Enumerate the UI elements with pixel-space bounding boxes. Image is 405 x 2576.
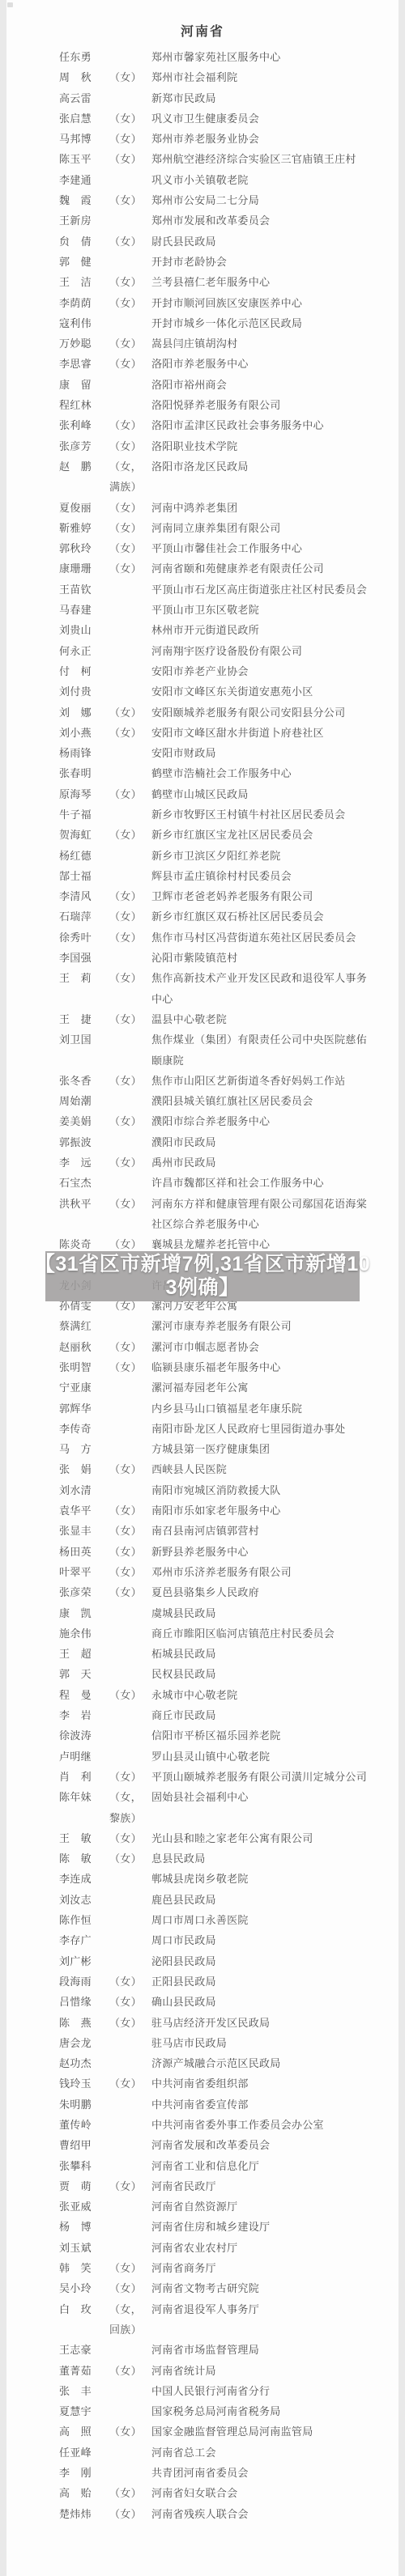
- gender-label: （女，回族）: [109, 2299, 148, 2340]
- organization-name: 河南省总工会: [151, 2442, 369, 2463]
- gender-label: （女）: [109, 1521, 148, 1541]
- person-name: 韩 笑: [59, 2258, 109, 2278]
- gender-label: （女）: [109, 2258, 148, 2278]
- organization-name: 鹤壁市山城区民政局: [151, 784, 369, 804]
- table-row: 周始潮 濮阳县城关镇红旗社区居民委员会: [59, 1091, 369, 1111]
- table-row: 王 洁 （女） 兰考县禧仁老年服务中心: [59, 272, 369, 292]
- person-name: 吕惜缘: [59, 1992, 109, 2012]
- person-name: 朱明鹏: [59, 2094, 109, 2115]
- person-name: 杨雨锋: [59, 743, 109, 763]
- table-row: 赵功杰 济源产城融合示范区民政局: [59, 2053, 369, 2073]
- organization-name: 河南省妇女联合会: [151, 2483, 369, 2503]
- table-row: 卢明继 罗山县灵山镇中心敬老院: [59, 1746, 369, 1767]
- gender-label: （女）: [109, 108, 148, 129]
- person-name: 康 凯: [59, 1603, 109, 1623]
- table-row: 陈年妹 （女，黎族） 固始县社会福利中心: [59, 1787, 369, 1828]
- person-name: 宁亚康: [59, 1377, 109, 1398]
- gender-label: （女）: [109, 1111, 148, 1131]
- table-row: 任亚峰 河南省总工会: [59, 2442, 369, 2463]
- person-name: 张 娟: [59, 1459, 109, 1479]
- table-row: 张 娟 （女） 西峡县人民医院: [59, 1459, 369, 1479]
- person-name: 李传奇: [59, 1419, 109, 1439]
- table-row: 马邦博 （女） 郑州市养老服务业协会: [59, 129, 369, 149]
- person-name: 石宝杰: [59, 1173, 109, 1193]
- organization-name: 河南省自然资源厅: [151, 2196, 369, 2217]
- organization-name: 开封市顺河回族区安康医养中心: [151, 293, 369, 313]
- person-name: 张春明: [59, 763, 109, 783]
- organization-name: 河南省住房和城乡建设厅: [151, 2217, 369, 2237]
- table-row: 宁亚康 漯河福寿园老年公寓: [59, 1377, 369, 1398]
- table-row: 李 刚 共青团河南省委员会: [59, 2463, 369, 2483]
- person-name: 石瑞萍: [59, 906, 109, 927]
- organization-name: 禹州市民政局: [151, 1152, 369, 1173]
- organization-name: 国家金融监督管理总局河南监管局: [151, 2421, 369, 2442]
- gender-label: （女）: [109, 518, 148, 538]
- organization-name: 商丘市睢阳区临河店镇范庄村民委员会: [151, 1623, 369, 1644]
- gender-label: （女）: [109, 1337, 148, 1357]
- organization-name: 中共河南省委宣传部: [151, 2094, 369, 2115]
- organization-name: 沁阳市紫陵镇范村: [151, 948, 369, 968]
- organization-name: 中共河南省委组织部: [151, 2073, 369, 2094]
- table-row: 陈 燕 （女） 驻马店经济开发区民政局: [59, 2013, 369, 2033]
- organization-name: 濮阳县城关镇红旗社区居民委员会: [151, 1091, 369, 1111]
- table-row: 刘小燕 （女） 安阳市文峰区甜水井街道卜府巷社区: [59, 723, 369, 743]
- table-row: 吕惜缘 （女） 确山县民政局: [59, 1992, 369, 2012]
- gender-label: （女）: [109, 231, 148, 252]
- table-row: 魏 霞 （女） 郑州市公安局二七分局: [59, 190, 369, 210]
- organization-name: 郸城县虎岗乡敬老院: [151, 1869, 369, 1889]
- person-name: 高 照: [59, 2421, 109, 2442]
- organization-name: 许昌市魏都区祥和社会工作服务中心: [151, 1173, 369, 1193]
- table-row: 王 敏 （女） 光山县和睦之家老年公寓有限公司: [59, 1828, 369, 1848]
- organization-name: 息县民政局: [151, 1848, 369, 1869]
- table-row: 寇利伟 开封市城乡一体化示范区民政局: [59, 313, 369, 333]
- gender-label: （女）: [109, 149, 148, 169]
- organization-name: 安阳市文峰区东关街道安惠苑小区: [151, 681, 369, 702]
- gender-label: （女）: [109, 1152, 148, 1173]
- table-row: 刘水清 南阳市宛城区消防救援大队: [59, 1480, 369, 1500]
- person-name: 夏慧宇: [59, 2401, 109, 2421]
- organization-name: 西峡县人民医院: [151, 1459, 369, 1479]
- organization-name: 河南省商务厅: [151, 2258, 369, 2278]
- gender-label: （女）: [109, 2421, 148, 2442]
- table-row: 郭 健 开封市老龄协会: [59, 252, 369, 272]
- person-name: 马 方: [59, 1439, 109, 1459]
- organization-name: 兰考县禧仁老年服务中心: [151, 272, 369, 292]
- organization-name: 南召县南河店镇郭营村: [151, 1521, 369, 1541]
- organization-name: 商丘市民政局: [151, 1705, 369, 1725]
- organization-name: 光山县和睦之家老年公寓有限公司: [151, 1828, 369, 1848]
- table-row: 唐会龙 驻马店市民政局: [59, 2033, 369, 2053]
- organization-name: 鹿邑县民政局: [151, 1890, 369, 1910]
- table-row: 程红林 洛阳悦驿养老服务有限公司: [59, 395, 369, 415]
- person-name: 卢明继: [59, 1746, 109, 1767]
- table-row: 康珊珊 （女） 河南省颐和苑健康养老有限责任公司: [59, 558, 369, 579]
- person-name: 董菁茹: [59, 2361, 109, 2381]
- person-name: 钱玲玉: [59, 2073, 109, 2094]
- person-name: 徐波涛: [59, 1725, 109, 1746]
- gender-label: （女，满族）: [109, 456, 148, 498]
- table-row: 任东勇 郑州市馨家苑社区服务中心: [59, 47, 369, 67]
- person-name: 王新房: [59, 210, 109, 231]
- table-row: 刘贵山 林州市开元街道民政所: [59, 620, 369, 640]
- photo-right-margin: [399, 0, 405, 2576]
- organization-name: 安阳市财政局: [151, 743, 369, 763]
- organization-name: 安阳市养老产业协会: [151, 661, 369, 681]
- gender-label: （女）: [109, 190, 148, 210]
- person-name: 贠 倩: [59, 231, 109, 252]
- organization-name: 河南省文物考古研究院: [151, 2278, 369, 2298]
- organization-name: 驻马店市民政局: [151, 2033, 369, 2053]
- table-row: 夏慧宇 国家税务总局河南省税务局: [59, 2401, 369, 2421]
- organization-name: 南阳市宛城区消防救援大队: [151, 1480, 369, 1500]
- organization-name: 开封市城乡一体化示范区民政局: [151, 313, 369, 333]
- organization-name: 夏邑县骆集乡人民政府: [151, 1582, 369, 1602]
- gender-label: （女）: [109, 558, 148, 579]
- person-name: 刘广彬: [59, 1951, 109, 1971]
- person-name: 马春建: [59, 600, 109, 620]
- gender-label: （女）: [109, 968, 148, 988]
- organization-name: 濮阳市民政局: [151, 1132, 369, 1152]
- table-row: 袁华平 （女） 南阳市乐如家老年服务中心: [59, 1500, 369, 1521]
- table-row: 靳雅婷 （女） 河南同立康养集团有限公司: [59, 518, 369, 538]
- table-row: 白 玫 （女，回族） 河南省退役军人事务厅: [59, 2299, 369, 2340]
- person-name: 周 秋: [59, 67, 109, 87]
- gender-label: （女）: [109, 436, 148, 456]
- gender-label: （女）: [109, 67, 148, 87]
- gender-label: （女）: [109, 1009, 148, 1029]
- photo-artifact: [7, 2, 13, 7]
- table-row: 马 方 方城县第一医疗健康集团: [59, 1439, 369, 1459]
- gender-label: （女）: [109, 333, 148, 354]
- table-row: 陈作恒 周口市周口永善医院: [59, 1910, 369, 1930]
- person-name: 肖 利: [59, 1767, 109, 1787]
- person-name: 洪秋平: [59, 1194, 109, 1214]
- organization-name: 共青团河南省委员会: [151, 2463, 369, 2483]
- gender-label: （女）: [109, 1071, 148, 1091]
- table-row: 王 捷 （女） 温县中心敬老院: [59, 1009, 369, 1029]
- organization-name: 临颍县康乐福老年服务中心: [151, 1357, 369, 1377]
- organization-name: 内乡县马山口镇福星老年康乐院: [151, 1398, 369, 1419]
- organization-name: 漯河市康寿养老服务有限公司: [151, 1316, 369, 1336]
- organization-name: 郑州市养老服务业协会: [151, 129, 369, 149]
- organization-name: 洛阳市孟津区民政社会事务服务中心: [151, 415, 369, 435]
- person-name: 原海琴: [59, 784, 109, 804]
- person-name: 贺海虹: [59, 825, 109, 845]
- table-row: 朱明鹏 中共河南省委宣传部: [59, 2094, 369, 2115]
- organization-name: 河南省统计局: [151, 2361, 369, 2381]
- gender-label: （女）: [109, 1767, 148, 1787]
- table-row: 杨雨锋 安阳市财政局: [59, 743, 369, 763]
- person-name: 刘水清: [59, 1480, 109, 1500]
- person-name: 高 贻: [59, 2483, 109, 2503]
- table-row: 郜士福 辉县市孟庄镇徐村村民委员会: [59, 866, 369, 886]
- person-name: 陈 燕: [59, 2013, 109, 2033]
- table-row: 周 秋 （女） 郑州市社会福利院: [59, 67, 369, 87]
- table-row: 吴小玲 （女） 河南省文物考古研究院: [59, 2278, 369, 2298]
- table-row: 张明智 （女） 临颍县康乐福老年服务中心: [59, 1357, 369, 1377]
- organization-name: 郑州航空港经济综合实验区三官庙镇王庄村: [151, 149, 369, 169]
- table-row: 刘付贵 安阳市文峰区东关街道安惠苑小区: [59, 681, 369, 702]
- organization-name: 河南省退役军人事务厅: [151, 2299, 369, 2319]
- table-row: 李国强 沁阳市紫陵镇范村: [59, 948, 369, 968]
- organization-name: 安阳颐城养老服务有限公司安阳县分公司: [151, 702, 369, 723]
- person-name: 刘 娜: [59, 702, 109, 723]
- person-name: 郭辉华: [59, 1398, 109, 1419]
- person-name: 刘玉斌: [59, 2238, 109, 2258]
- person-name: 李清风: [59, 886, 109, 906]
- organization-name: 河南中鸿养老集团: [151, 498, 369, 518]
- gender-label: （女）: [109, 2278, 148, 2298]
- table-row: 董传岭 中共河南省委外事工作委员会办公室: [59, 2115, 369, 2135]
- news-ticker-banner: 【31省区市新增7例,31省区市新增10 3例确】: [45, 1251, 360, 1301]
- table-row: 刘广彬 泌阳县民政局: [59, 1951, 369, 1971]
- table-row: 李连成 郸城县虎岗乡敬老院: [59, 1869, 369, 1889]
- gender-label: （女）: [109, 1848, 148, 1869]
- person-name: 刘贵山: [59, 620, 109, 640]
- table-row: 张彦芳 （女） 洛阳职业技术学院: [59, 436, 369, 456]
- person-name: 程红林: [59, 395, 109, 415]
- organization-name: 洛阳市洛龙区民政局: [151, 456, 369, 477]
- person-name: 杨 博: [59, 2217, 109, 2237]
- table-row: 张冬香 （女） 焦作市山阳区艺新街道冬香好妈妈工作站: [59, 1071, 369, 1091]
- person-name: 杨田英: [59, 1542, 109, 1562]
- table-row: 李传奇 南阳市卧龙区人民政府七里园街道办事处: [59, 1419, 369, 1439]
- table-row: 李清风 （女） 卫辉市老爸老妈养老服务有限公司: [59, 886, 369, 906]
- organization-name: 河南东方祥和健康管理有限公司鄢国花语海棠社区综合养老服务中心: [151, 1194, 369, 1235]
- organization-name: 南阳市乐如家老年服务中心: [151, 1500, 369, 1521]
- person-name: 叶翠平: [59, 1562, 109, 1582]
- gender-label: （女）: [109, 1542, 148, 1562]
- gender-label: （女）: [109, 272, 148, 292]
- person-name: 郭振波: [59, 1132, 109, 1152]
- gender-label: （女）: [109, 927, 148, 948]
- table-row: 杨田英 （女） 新野县养老服务中心: [59, 1542, 369, 1562]
- gender-label: （女）: [109, 2013, 148, 2033]
- person-name: 刘小燕: [59, 723, 109, 743]
- organization-name: 平顶山颐城养老服务有限公司潢川定城分公司: [151, 1767, 369, 1787]
- table-row: 刘 娜 （女） 安阳颐城养老服务有限公司安阳县分公司: [59, 702, 369, 723]
- table-row: 张攀科 河南省工业和信息化厅: [59, 2156, 369, 2176]
- person-name: 付 柯: [59, 661, 109, 681]
- organization-name: 正阳县民政局: [151, 1971, 369, 1992]
- organization-name: 河南省农业农村厅: [151, 2238, 369, 2258]
- organization-name: 尉氏县民政局: [151, 231, 369, 252]
- news-ticker-line1: 【31省区市新增7例,31省区市新增10: [35, 1253, 370, 1276]
- person-name: 陈玉平: [59, 149, 109, 169]
- gender-label: （女）: [109, 498, 148, 518]
- organization-name: 河南省民政厅: [151, 2176, 369, 2196]
- gender-label: （女）: [109, 1194, 148, 1214]
- gender-label: （女）: [109, 129, 148, 149]
- person-name: 牛子福: [59, 804, 109, 825]
- gender-label: （女）: [109, 1992, 148, 2012]
- organization-name: 漯河福寿园老年公寓: [151, 1377, 369, 1398]
- person-name: 贾 萌: [59, 2176, 109, 2196]
- organization-name: 周口市周口永善医院: [151, 1910, 369, 1930]
- table-row: 何永正 河南翔宇医疗设备股份有限公司: [59, 641, 369, 661]
- organization-name: 柘城县民政局: [151, 1644, 369, 1664]
- table-row: 李 远 （女） 禹州市民政局: [59, 1152, 369, 1173]
- person-name: 李 岩: [59, 1705, 109, 1725]
- organization-name: 郑州市馨家苑社区服务中心: [151, 47, 369, 67]
- organization-name: 南阳市卧龙区人民政府七里园街道办事处: [151, 1419, 369, 1439]
- person-name: 姜美娟: [59, 1111, 109, 1131]
- gender-label: （女）: [109, 1562, 148, 1582]
- person-name: 刘卫国: [59, 1029, 109, 1050]
- table-row: 李荫荫 （女） 开封市顺河回族区安康医养中心: [59, 293, 369, 313]
- person-name: 张攀科: [59, 2156, 109, 2176]
- organization-name: 平顶山市馨佳社会工作服务中心: [151, 538, 369, 558]
- table-row: 洪秋平 （女） 河南东方祥和健康管理有限公司鄢国花语海棠社区综合养老服务中心: [59, 1194, 369, 1235]
- table-row: 牛子福 新乡市牧野区王村镇牛村社区居民委员会: [59, 804, 369, 825]
- organization-name: 卫辉市老爸老妈养老服务有限公司: [151, 886, 369, 906]
- person-name: 何永正: [59, 641, 109, 661]
- person-name: 魏 霞: [59, 190, 109, 210]
- organization-name: 河南省颐和苑健康养老有限责任公司: [151, 558, 369, 579]
- organization-name: 新乡市红旗区宝龙社区居民委员会: [151, 825, 369, 845]
- gender-label: （女）: [109, 2504, 148, 2524]
- person-name: 程 曼: [59, 1685, 109, 1705]
- table-row: 郭 天 民权县民政局: [59, 1664, 369, 1684]
- person-name: 陈 敏: [59, 1848, 109, 1869]
- organization-name: 河南省市场监督管理局: [151, 2340, 369, 2360]
- person-name: 陈作恒: [59, 1910, 109, 1930]
- person-name: 王 莉: [59, 968, 109, 988]
- organization-name: 河南省残疾人联合会: [151, 2504, 369, 2524]
- table-row: 夏俊丽 （女） 河南中鸿养老集团: [59, 498, 369, 518]
- organization-name: 济源产城融合示范区民政局: [151, 2053, 369, 2073]
- table-row: 康 凯 虞城县民政局: [59, 1603, 369, 1623]
- table-row: 原海琴 （女） 鹤壁市山城区民政局: [59, 784, 369, 804]
- organization-name: 焦作市山阳区艺新街道冬香好妈妈工作站: [151, 1071, 369, 1091]
- table-row: 郭秋玲 （女） 平顶山市馨佳社会工作服务中心: [59, 538, 369, 558]
- person-name: 康珊珊: [59, 558, 109, 579]
- table-row: 郭辉华 内乡县马山口镇福星老年康乐院: [59, 1398, 369, 1419]
- person-name: 张彦荣: [59, 1582, 109, 1602]
- organization-name: 巩义市小关镇敬老院: [151, 170, 369, 190]
- organization-name: 中共河南省委外事工作委员会办公室: [151, 2115, 369, 2135]
- table-row: 张 丰 中国人民银行河南省分行: [59, 2381, 369, 2401]
- organization-name: 焦作市马村区冯营街道东苑社区居民委员会: [151, 927, 369, 948]
- gender-label: （女）: [109, 784, 148, 804]
- organization-name: 虞城县民政局: [151, 1603, 369, 1623]
- table-row: 万妙聪 （女） 嵩县闫庄镇胡沟村: [59, 333, 369, 354]
- gender-label: （女）: [109, 1828, 148, 1848]
- organization-name: 邓州市乐济养老服务有限公司: [151, 1562, 369, 1582]
- person-name: 刘付贵: [59, 681, 109, 702]
- gender-label: （女）: [109, 1459, 148, 1479]
- gender-label: （女，黎族）: [109, 1787, 148, 1828]
- person-name: 袁华平: [59, 1500, 109, 1521]
- person-name: 王志豪: [59, 2340, 109, 2360]
- table-row: 马春建 平顶山市卫东区敬老院: [59, 600, 369, 620]
- person-name: 李建通: [59, 170, 109, 190]
- person-name: 徐秀叶: [59, 927, 109, 948]
- gender-label: （女）: [109, 1500, 148, 1521]
- person-name: 郭 健: [59, 252, 109, 272]
- photo-left-margin: [0, 0, 6, 2576]
- person-name: 张冬香: [59, 1071, 109, 1091]
- gender-label: （女）: [109, 723, 148, 743]
- person-name: 张显丰: [59, 1521, 109, 1541]
- news-ticker-line2: 3例确】: [166, 1276, 240, 1300]
- table-row: 董菁茹 （女） 河南省统计局: [59, 2361, 369, 2381]
- person-name: 蔡满红: [59, 1316, 109, 1336]
- table-row: 韩 笑 （女） 河南省商务厅: [59, 2258, 369, 2278]
- table-row: 贾 萌 （女） 河南省民政厅: [59, 2176, 369, 2196]
- gender-label: （女）: [109, 538, 148, 558]
- person-name: 张启慧: [59, 108, 109, 129]
- table-row: 高云雷 新郑市民政局: [59, 88, 369, 108]
- gender-label: （女）: [109, 2176, 148, 2196]
- organization-name: 国家税务总局河南省税务局: [151, 2401, 369, 2421]
- person-name: 张彦芳: [59, 436, 109, 456]
- person-name: 郭 天: [59, 1664, 109, 1684]
- table-row: 刘汝志 鹿邑县民政局: [59, 1890, 369, 1910]
- table-row: 楚炜炜 （女） 河南省残疾人联合会: [59, 2504, 369, 2524]
- person-name: 郜士福: [59, 866, 109, 886]
- table-row: 钱玲玉 （女） 中共河南省委组织部: [59, 2073, 369, 2094]
- organization-name: 泌阳县民政局: [151, 1951, 369, 1971]
- person-name: 王苗钦: [59, 579, 109, 600]
- gender-label: （女）: [109, 1971, 148, 1992]
- person-name: 张明智: [59, 1357, 109, 1377]
- person-name: 白 玫: [59, 2299, 109, 2319]
- person-name: 万妙聪: [59, 333, 109, 354]
- organization-name: 罗山县灵山镇中心敬老院: [151, 1746, 369, 1767]
- table-row: 付 柯 安阳市养老产业协会: [59, 661, 369, 681]
- table-row: 徐秀叶 （女） 焦作市马村区冯营街道东苑社区居民委员会: [59, 927, 369, 948]
- person-name: 李 刚: [59, 2463, 109, 2483]
- organization-name: 确山县民政局: [151, 1992, 369, 2012]
- table-row: 贺海虹 （女） 新乡市红旗区宝龙社区居民委员会: [59, 825, 369, 845]
- person-name: 靳雅婷: [59, 518, 109, 538]
- table-row: 张启慧 （女） 巩义市卫生健康委员会: [59, 108, 369, 129]
- table-row: 赵 鹏 （女，满族） 洛阳市洛龙区民政局: [59, 456, 369, 498]
- table-row: 陈 敏 （女） 息县民政局: [59, 1848, 369, 1869]
- table-row: 康 留 洛阳市裕州商会: [59, 375, 369, 395]
- person-name: 郭秋玲: [59, 538, 109, 558]
- organization-name: 民权县民政局: [151, 1664, 369, 1684]
- organization-name: 郑州市公安局二七分局: [151, 190, 369, 210]
- table-row: 王苗钦 平顶山市石龙区高庄街道张庄社区村民委员会: [59, 579, 369, 600]
- organization-name: 洛阳市裕州商会: [151, 375, 369, 395]
- person-name: 刘汝志: [59, 1890, 109, 1910]
- organization-name: 安阳市文峰区甜水井街道卜府巷社区: [151, 723, 369, 743]
- province-header: 河南省: [0, 0, 405, 40]
- table-row: 张春明 鹤壁市浩楠社会工作服务中心: [59, 763, 369, 783]
- person-name: 张利峰: [59, 415, 109, 435]
- person-name: 杨红德: [59, 846, 109, 866]
- table-row: 贠 倩 （女） 尉氏县民政局: [59, 231, 369, 252]
- organization-name: 鹤壁市浩楠社会工作服务中心: [151, 763, 369, 783]
- table-row: 张利峰 （女） 洛阳市孟津区民政社会事务服务中心: [59, 415, 369, 435]
- person-name: 王 超: [59, 1644, 109, 1664]
- organization-name: 驻马店经济开发区民政局: [151, 2013, 369, 2033]
- table-row: 李思睿 （女） 洛阳市养老服务中心: [59, 354, 369, 374]
- person-name: 周始潮: [59, 1091, 109, 1111]
- person-name: 高云雷: [59, 88, 109, 108]
- person-name: 张 丰: [59, 2381, 109, 2401]
- table-row: 张彦荣 （女） 夏邑县骆集乡人民政府: [59, 1582, 369, 1602]
- gender-label: （女）: [109, 2361, 148, 2381]
- table-row: 施余伟 商丘市睢阳区临河店镇范庄村民委员会: [59, 1623, 369, 1644]
- table-row: 叶翠平 （女） 邓州市乐济养老服务有限公司: [59, 1562, 369, 1582]
- person-name: 李思睿: [59, 354, 109, 374]
- organization-name: 平顶山市卫东区敬老院: [151, 600, 369, 620]
- organization-name: 河南省工业和信息化厅: [151, 2156, 369, 2176]
